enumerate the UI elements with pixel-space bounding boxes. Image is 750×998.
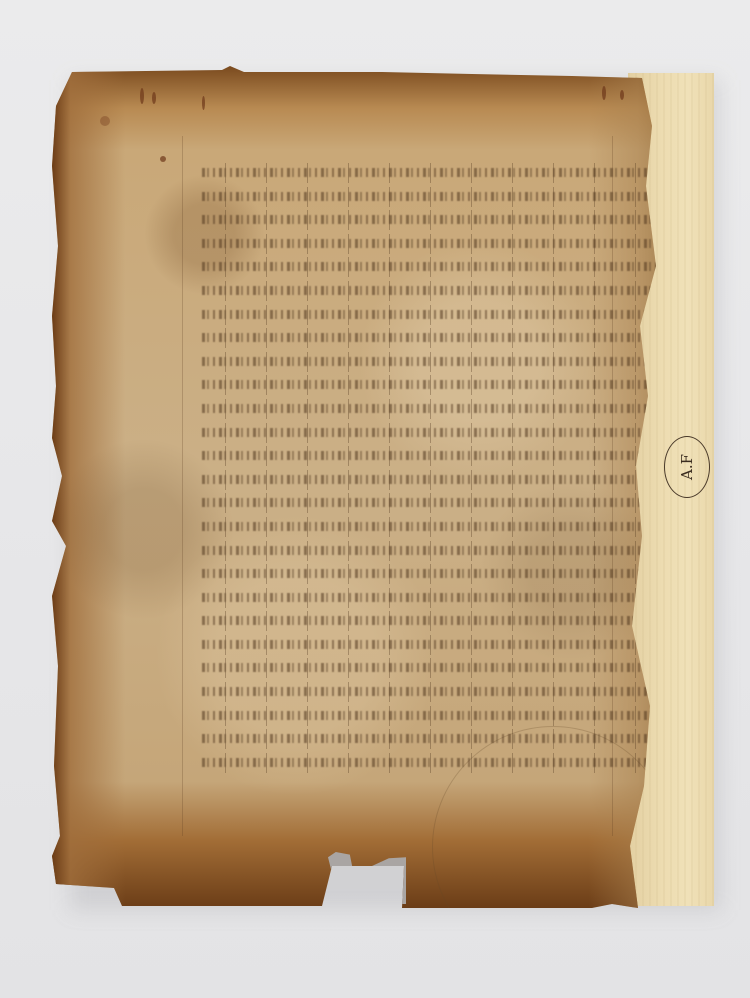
script-text-block [202,162,657,775]
script-line [202,610,657,634]
script-line [202,657,657,681]
ruling-line [182,136,183,836]
script-line [202,422,657,446]
collection-stamp: A.F [664,436,710,498]
script-line [202,634,657,658]
script-line [202,374,657,398]
script-line [202,398,657,422]
script-line [202,445,657,469]
script-line [202,728,657,752]
photo-stage: A.F [0,0,750,998]
script-line [202,516,657,540]
script-line [202,327,657,351]
script-line [202,469,657,493]
script-line [202,587,657,611]
script-line [202,233,657,257]
script-line [202,705,657,729]
script-line [202,186,657,210]
script-line [202,256,657,280]
script-line [202,681,657,705]
script-line [202,752,657,776]
script-line [202,563,657,587]
script-line [202,540,657,564]
script-line [202,280,657,304]
stamp-label: A.F [678,454,696,480]
script-line [202,351,657,375]
script-line [202,162,657,186]
script-line [202,492,657,516]
manuscript-leaf [52,66,662,908]
script-line [202,304,657,328]
script-line [202,209,657,233]
